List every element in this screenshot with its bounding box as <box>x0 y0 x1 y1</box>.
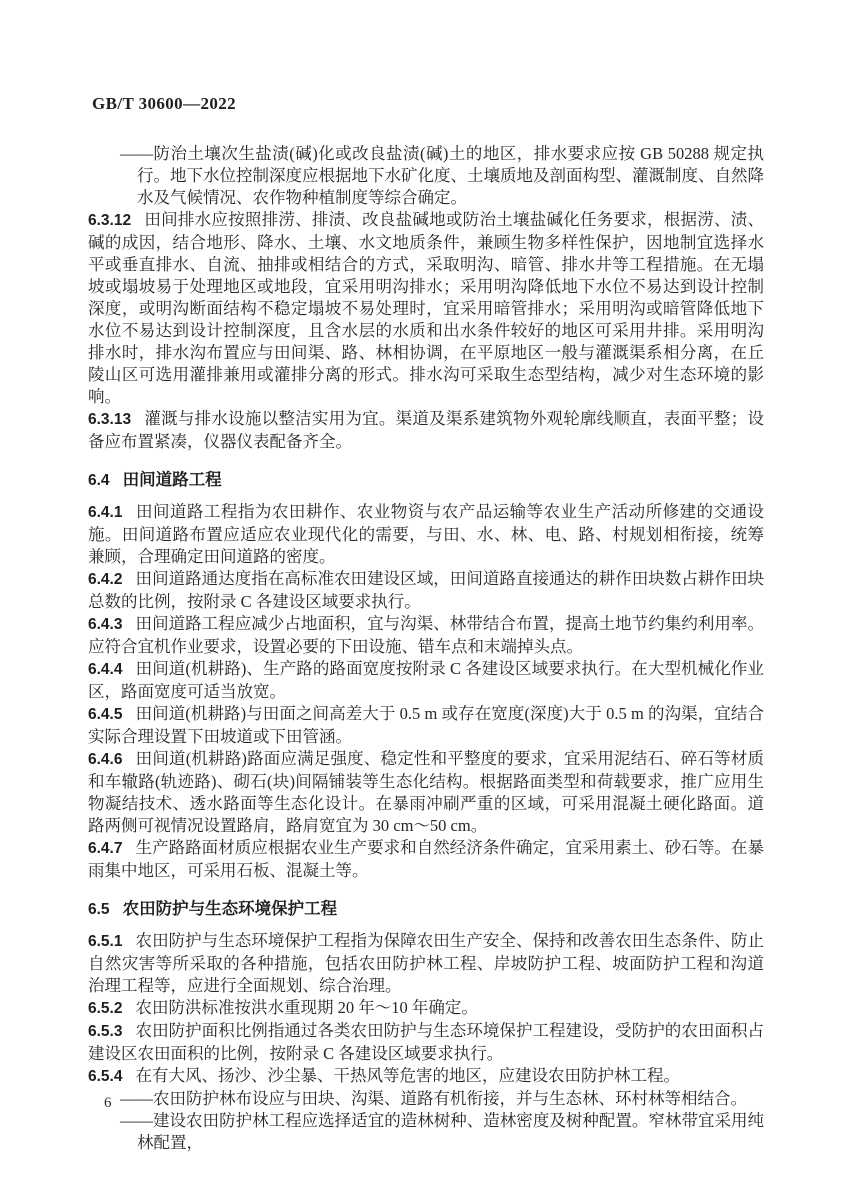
clause-number: 6.4.7 <box>88 840 122 857</box>
dash-item: ——建设农田防护林工程应选择适宜的造林树种、造林密度及树种配置。窄林带宜采用纯林… <box>88 1110 764 1154</box>
section-heading-6.5: 6.5农田防护与生态环境保护工程 <box>88 898 764 921</box>
clause-text: 田间道路工程指为农田耕作、农业物资与农产品运输等农业生产活动所修建的交通设施。田… <box>88 502 764 566</box>
clause-text: 田间道(机耕路)路面应满足强度、稳定性和平整度的要求，宜采用泥结石、碎石等材质和… <box>88 749 764 835</box>
clause-text: 生产路路面材质应根据农业生产要求和自然经济条件确定，宜采用素土、砂石等。在暴雨集… <box>88 838 764 880</box>
clause-number: 6.4.5 <box>88 706 122 723</box>
section-title: 农田防护与生态环境保护工程 <box>123 900 338 918</box>
clause-6.4.1: 6.4.1田间道路工程指为农田耕作、农业物资与农产品运输等农业生产活动所修建的交… <box>88 501 764 568</box>
clause-text: 田间道(机耕路)、生产路的路面宽度按附录 C 各建设区域要求执行。在大型机械化作… <box>88 659 764 701</box>
document-page: GB/T 30600—2022 ——防治土壤次生盐渍(碱)化或改良盐渍(碱)土的… <box>0 0 849 1200</box>
document-body: ——防治土壤次生盐渍(碱)化或改良盐渍(碱)土的地区，排水要求应按 GB 502… <box>88 143 764 1154</box>
clause-6.4.3: 6.4.3田间道路工程应减少占地面积，宜与沟渠、林带结合布置，提高土地节约集约利… <box>88 613 764 658</box>
clause-number: 6.5.4 <box>88 1068 122 1085</box>
clause-text: 农田防护面积比例指通过各类农田防护与生态环境保护工程建设，受防护的农田面积占建设… <box>88 1021 764 1063</box>
clause-number: 6.4.3 <box>88 616 122 633</box>
clause-6.4.5: 6.4.5田间道(机耕路)与田面之间高差大于 0.5 m 或存在宽度(深度)大于… <box>88 703 764 748</box>
section-number: 6.4 <box>88 472 110 489</box>
clause-number: 6.5.3 <box>88 1023 122 1040</box>
clause-6.5.1: 6.5.1农田防护与生态环境保护工程指为保障农田生产安全、保持和改善农田生态条件… <box>88 930 764 997</box>
clause-number: 6.5.2 <box>88 1000 122 1017</box>
clause-text: 田间排水应按照排涝、排渍、改良盐碱地或防治土壤盐碱化任务要求，根据涝、渍、碱的成… <box>88 210 764 406</box>
section-number: 6.5 <box>88 901 110 918</box>
clause-text: 灌溉与排水设施以整洁实用为宜。渠道及渠系建筑物外观轮廓线顺直，表面平整；设备应布… <box>88 409 764 451</box>
clause-text: 农田防洪标准按洪水重现期 20 年～10 年确定。 <box>135 998 477 1017</box>
clause-number: 6.4.2 <box>88 571 122 588</box>
clause-6.4.7: 6.4.7生产路路面材质应根据农业生产要求和自然经济条件确定，宜采用素土、砂石等… <box>88 837 764 882</box>
clause-number: 6.3.13 <box>88 411 131 428</box>
clause-6.4.4: 6.4.4田间道(机耕路)、生产路的路面宽度按附录 C 各建设区域要求执行。在大… <box>88 658 764 703</box>
clause-text: 在有大风、扬沙、沙尘暴、干热风等危害的地区，应建设农田防护林工程。 <box>135 1066 680 1085</box>
clause-text: 田间道(机耕路)与田面之间高差大于 0.5 m 或存在宽度(深度)大于 0.5 … <box>88 704 764 746</box>
section-title: 田间道路工程 <box>123 471 222 489</box>
clause-6.5.3: 6.5.3农田防护面积比例指通过各类农田防护与生态环境保护工程建设，受防护的农田… <box>88 1020 764 1065</box>
dash-item: ——农田防护林布设应与田块、沟渠、道路有机衔接，并与生态林、环村林等相结合。 <box>88 1088 764 1110</box>
clause-text: 农田防护与生态环境保护工程指为保障农田生产安全、保持和改善农田生态条件、防止自然… <box>88 931 764 995</box>
clause-number: 6.5.1 <box>88 933 122 950</box>
section-heading-6.4: 6.4田间道路工程 <box>88 469 764 492</box>
clause-text: 田间道路工程应减少占地面积，宜与沟渠、林带结合布置，提高土地节约集约利用率。应符… <box>88 614 764 656</box>
clause-number: 6.3.12 <box>88 212 131 229</box>
clause-number: 6.4.4 <box>88 661 122 678</box>
standard-number-header: GB/T 30600—2022 <box>92 94 236 114</box>
clause-6.4.2: 6.4.2田间道路通达度指在高标准农田建设区域，田间道路直接通达的耕作田块数占耕… <box>88 568 764 613</box>
dash-item: ——防治土壤次生盐渍(碱)化或改良盐渍(碱)土的地区，排水要求应按 GB 502… <box>88 143 764 209</box>
clause-6.3.13: 6.3.13灌溉与排水设施以整洁实用为宜。渠道及渠系建筑物外观轮廓线顺直，表面平… <box>88 408 764 453</box>
clause-number: 6.4.1 <box>88 504 122 521</box>
page-number: 6 <box>104 1095 112 1112</box>
clause-6.3.12: 6.3.12田间排水应按照排涝、排渍、改良盐碱地或防治土壤盐碱化任务要求，根据涝… <box>88 209 764 408</box>
clause-number: 6.4.6 <box>88 751 122 768</box>
clause-6.4.6: 6.4.6田间道(机耕路)路面应满足强度、稳定性和平整度的要求，宜采用泥结石、碎… <box>88 748 764 837</box>
clause-6.5.4: 6.5.4在有大风、扬沙、沙尘暴、干热风等危害的地区，应建设农田防护林工程。 <box>88 1065 764 1088</box>
clause-6.5.2: 6.5.2农田防洪标准按洪水重现期 20 年～10 年确定。 <box>88 997 764 1020</box>
clause-text: 田间道路通达度指在高标准农田建设区域，田间道路直接通达的耕作田块数占耕作田块总数… <box>88 569 764 611</box>
